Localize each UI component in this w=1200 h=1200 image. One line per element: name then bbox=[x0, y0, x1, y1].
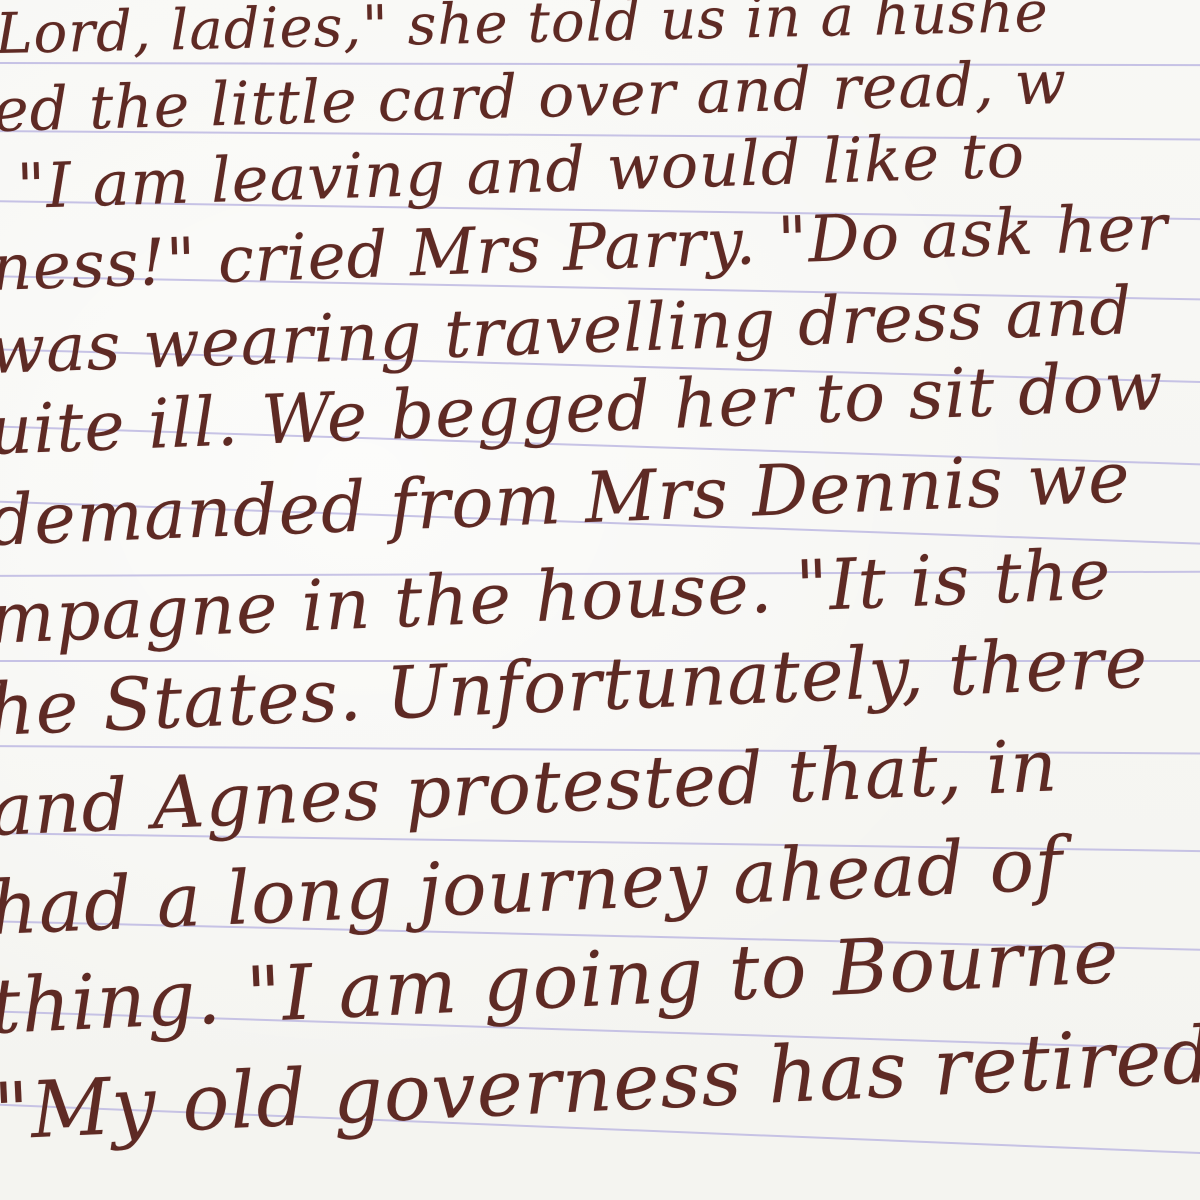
handwritten-notebook-page: Lord, ladies," she told us in a hushe ed… bbox=[0, 0, 1200, 1200]
